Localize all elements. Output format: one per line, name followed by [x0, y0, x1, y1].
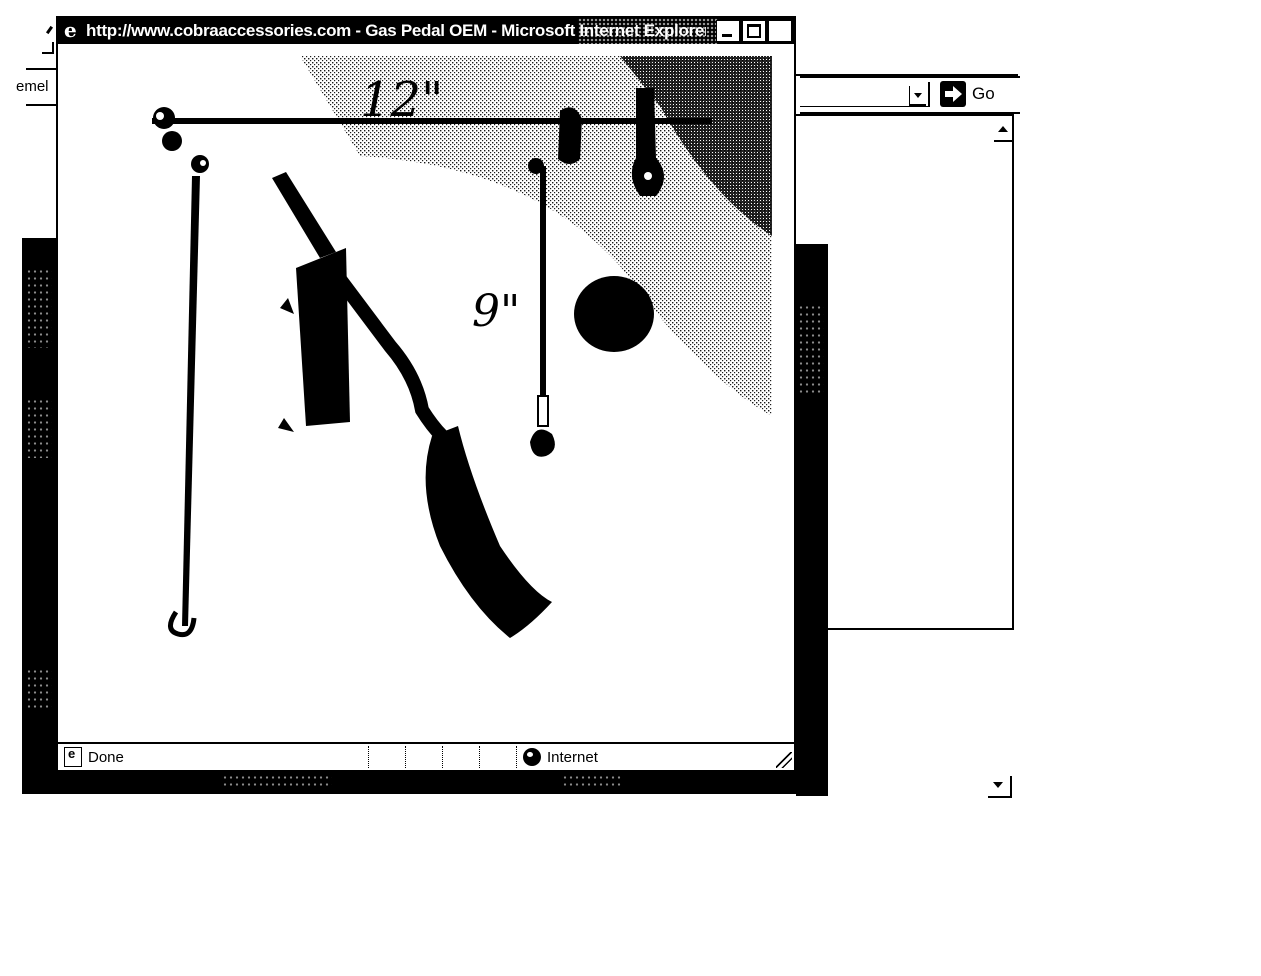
security-zone: Internet — [516, 746, 723, 768]
toolbar-divider — [26, 68, 56, 70]
dimension-annotation-9in: 9" — [472, 286, 520, 337]
scroll-up-arrow-icon[interactable] — [994, 120, 1012, 142]
go-arrow-icon — [940, 81, 966, 107]
address-dropdown-chevron-icon[interactable] — [909, 86, 926, 106]
status-cell — [405, 746, 442, 768]
page-done-icon — [64, 747, 82, 767]
dimension-annotation-12in: 12" — [360, 72, 443, 128]
menu-fragment-text[interactable]: emel — [16, 78, 49, 95]
status-bar: Done Internet — [58, 742, 794, 770]
internet-globe-icon — [523, 748, 541, 766]
title-bar[interactable]: http://www.cobraaccessories.com - Gas Pe… — [58, 18, 794, 44]
status-cell — [442, 746, 479, 768]
minimize-icon[interactable] — [716, 20, 740, 42]
go-label: Go — [972, 84, 995, 104]
maximize-icon[interactable] — [742, 20, 766, 42]
product-photo: 12" 9" — [60, 46, 792, 746]
address-bar: Go — [800, 76, 1020, 114]
popup-browser-window: http://www.cobraaccessories.com - Gas Pe… — [56, 16, 796, 772]
close-icon[interactable] — [768, 20, 792, 42]
scroll-down-arrow-icon[interactable] — [988, 776, 1012, 798]
background-image-edge — [796, 244, 828, 796]
ie-logo-icon — [62, 22, 80, 40]
status-text: Done — [88, 749, 368, 766]
toolbar-divider — [26, 104, 56, 106]
address-input[interactable] — [800, 82, 930, 107]
resize-grip-icon[interactable] — [776, 752, 792, 768]
background-image-edge — [22, 770, 828, 794]
toolbar-fragment-icon — [40, 26, 54, 56]
go-button[interactable]: Go — [940, 80, 995, 108]
window-controls — [716, 20, 792, 42]
gas-pedal-image — [60, 46, 792, 746]
status-cell — [479, 746, 516, 768]
background-image-edge — [22, 238, 56, 788]
zone-label: Internet — [547, 749, 598, 766]
status-cell — [368, 746, 405, 768]
